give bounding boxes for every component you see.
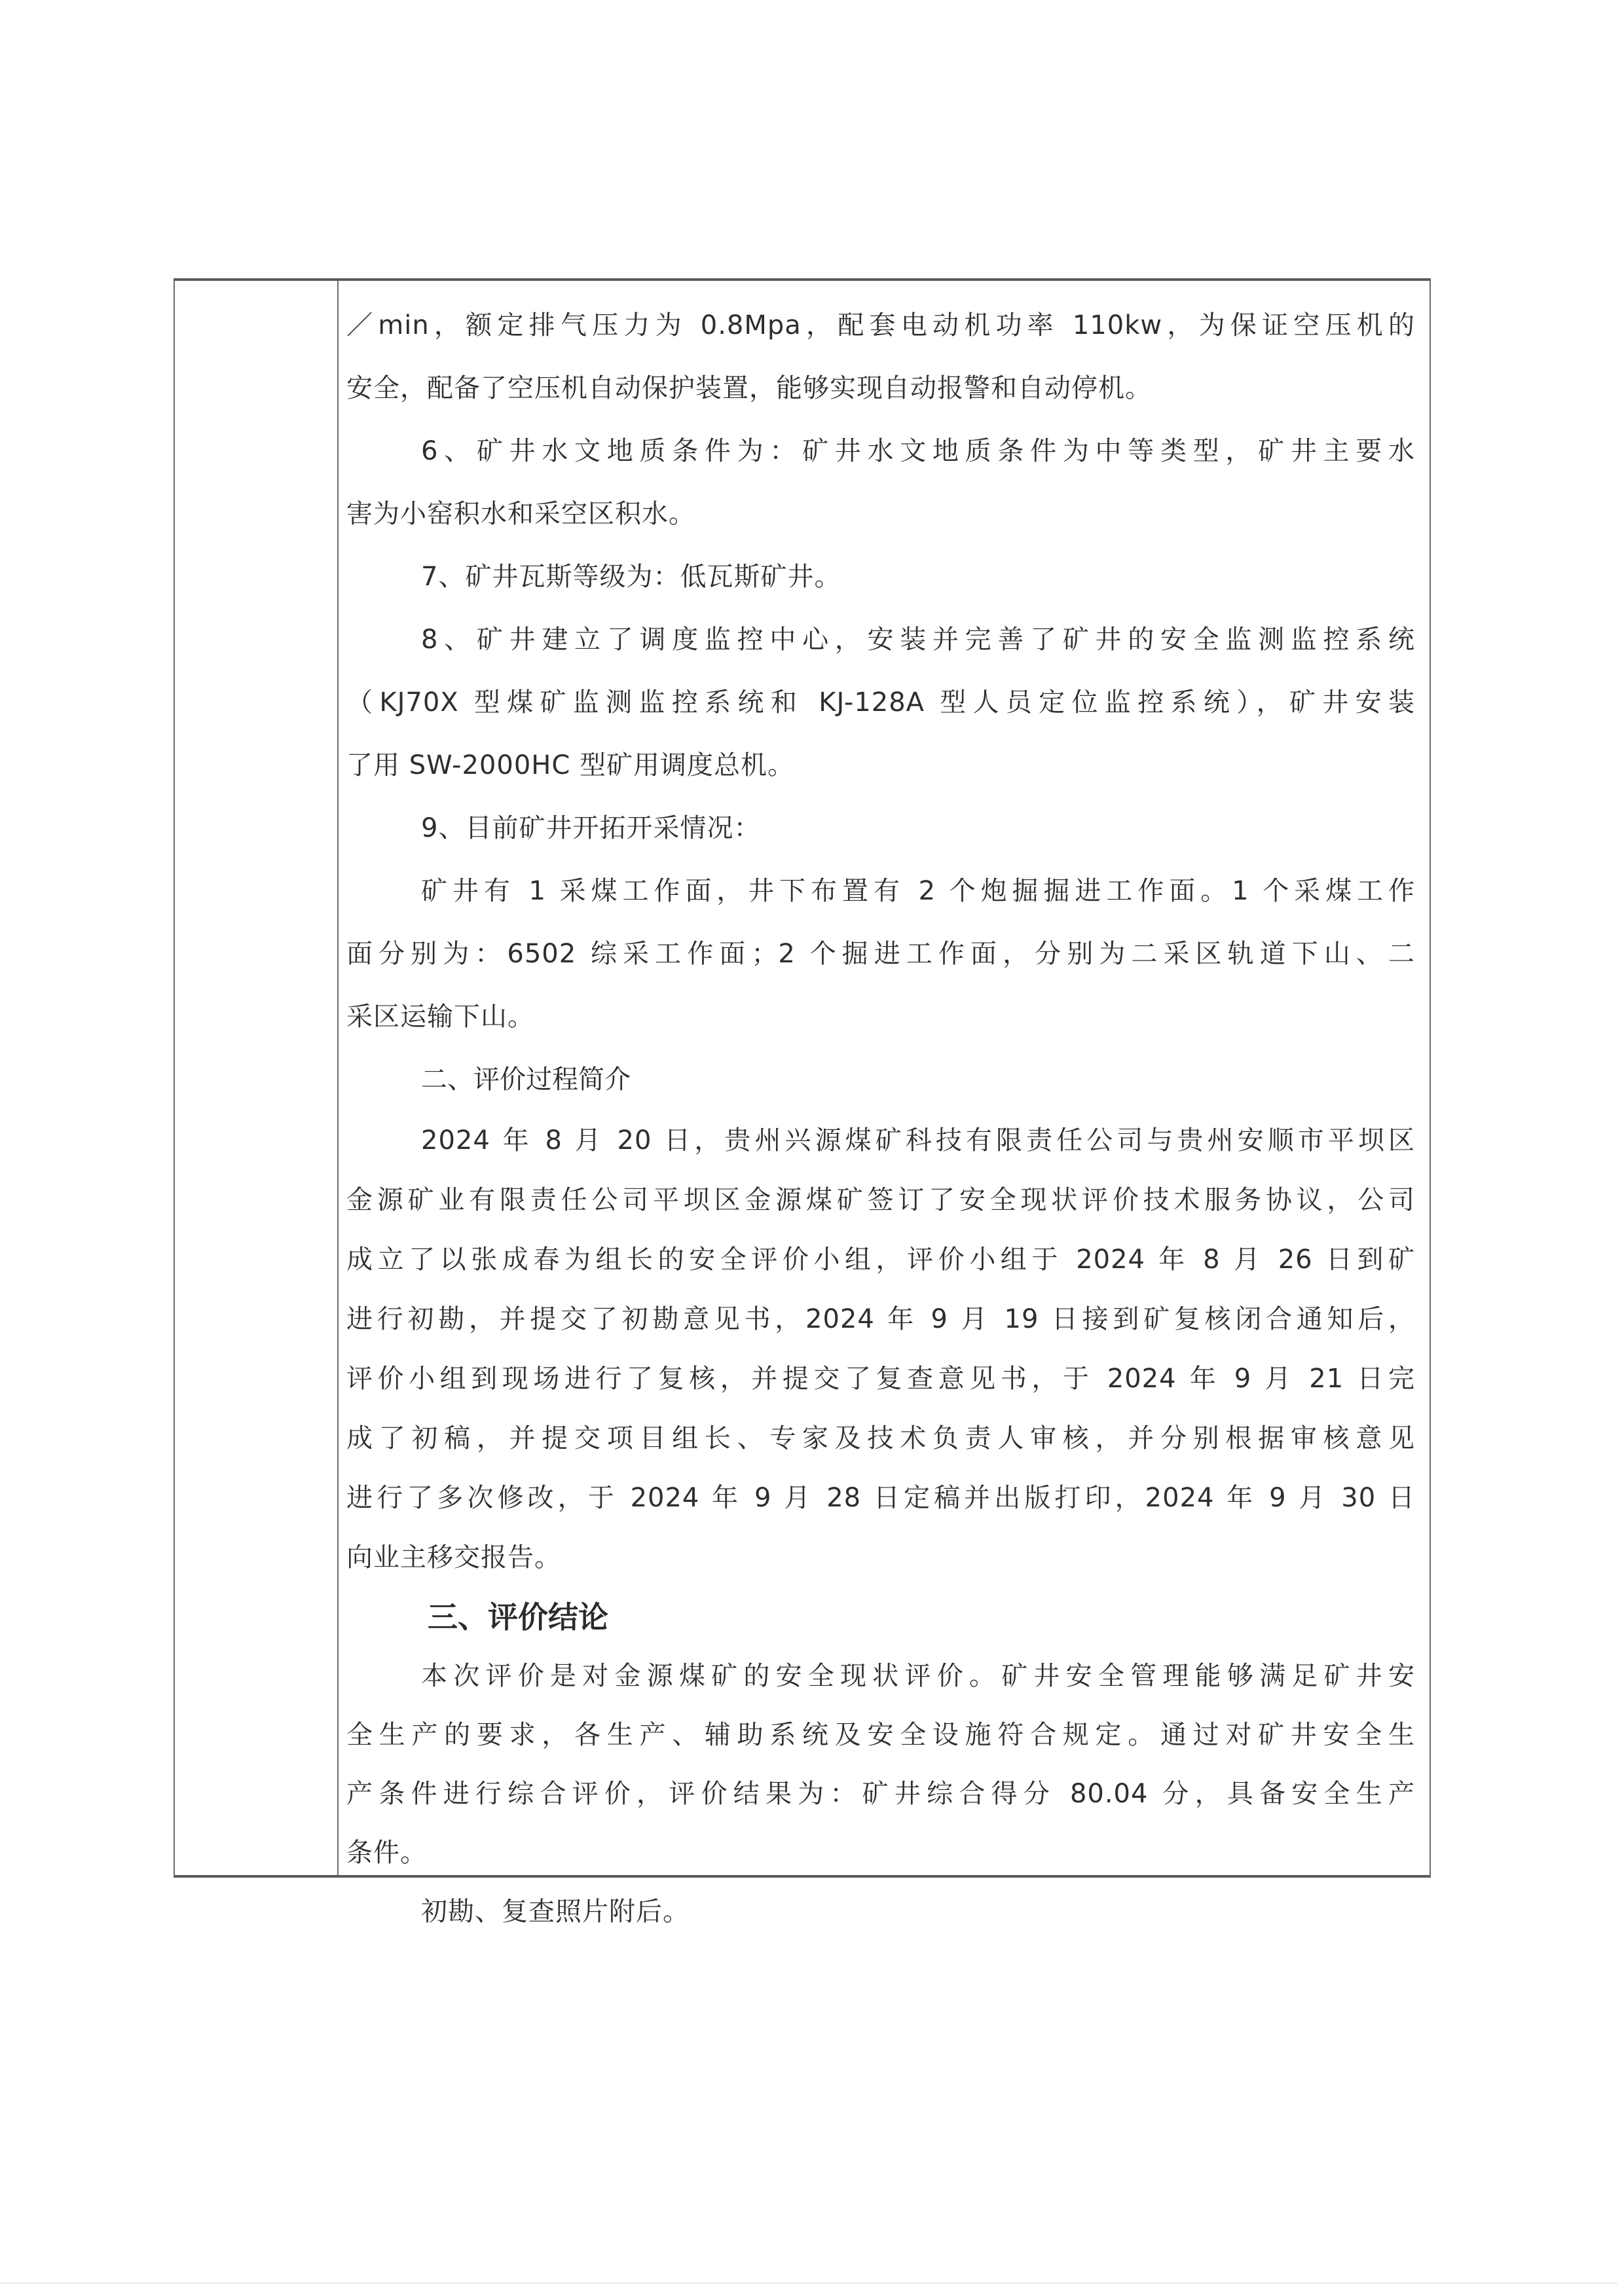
text-line: 初勘、复查照片附后。	[346, 1882, 1415, 1941]
text-line: 条件。	[346, 1823, 1415, 1882]
text-line: 安全，配备了空压机自动保护装置，能够实现自动报警和自动停机。	[346, 357, 1415, 420]
text-line: 成立了以张成春为组长的安全评价小组，评价小组于 2024 年 8 月 26 日到…	[346, 1230, 1415, 1290]
text-line: 本次评价是对金源煤矿的安全现状评价。矿井安全管理能够满足矿井安	[346, 1647, 1415, 1705]
paragraph-attachment-note: 初勘、复查照片附后。	[346, 1882, 1415, 1941]
text-line: 采区运输下山。	[346, 985, 1415, 1048]
text-line: 7、矿井瓦斯等级为：低瓦斯矿井。	[346, 545, 1415, 608]
text-line: 进行了多次修改，于 2024 年 9 月 28 日定稿并出版打印，2024 年 …	[346, 1468, 1415, 1528]
text-line: 产条件进行综合评价，评价结果为：矿井综合得分 80.04 分，具备安全生产	[346, 1764, 1415, 1823]
text-line: 了用 SW-2000HC 型矿用调度总机。	[346, 734, 1415, 797]
paragraph-hydrogeology: 6、矿井水文地质条件为：矿井水文地质条件为中等类型，矿井主要水 害为小窑积水和采…	[346, 420, 1415, 545]
section-heading-evaluation-conclusion: 三、评价结论	[346, 1588, 1415, 1647]
text-line: 评价小组到现场进行了复核，并提交了复查意见书，于 2024 年 9 月 21 日…	[346, 1349, 1415, 1409]
content-cell: ／min，额定排气压力为 0.8Mpa，配套电动机功率 110kw，为保证空压机…	[339, 281, 1430, 1875]
left-label-cell	[175, 281, 339, 1875]
text-line: 9、目前矿井开拓开采情况：	[346, 797, 1415, 860]
paragraph-air-compressor: ／min，额定排气压力为 0.8Mpa，配套电动机功率 110kw，为保证空压机…	[346, 294, 1415, 420]
scan-edge-line	[0, 2282, 1617, 2284]
text-line: （KJ70X 型煤矿监测监控系统和 KJ-128A 型人员定位监控系统），矿井安…	[346, 671, 1415, 734]
text-line: 害为小窑积水和采空区积水。	[346, 483, 1415, 545]
text-line: 金源矿业有限责任公司平坝区金源煤矿签订了安全现状评价技术服务协议，公司	[346, 1171, 1415, 1230]
text-line: ／min，额定排气压力为 0.8Mpa，配套电动机功率 110kw，为保证空压机…	[346, 294, 1415, 357]
paragraph-evaluation-process: 2024 年 8 月 20 日，贵州兴源煤矿科技有限责任公司与贵州安顺市平坝区 …	[346, 1111, 1415, 1588]
text-line: 面分别为：6502 综采工作面；2 个掘进工作面，分别为二采区轨道下山、二	[346, 922, 1415, 985]
paragraph-gas-level: 7、矿井瓦斯等级为：低瓦斯矿井。	[346, 545, 1415, 608]
text-line: 8、矿井建立了调度监控中心，安装并完善了矿井的安全监测监控系统	[346, 608, 1415, 671]
text-line: 2024 年 8 月 20 日，贵州兴源煤矿科技有限责任公司与贵州安顺市平坝区	[346, 1111, 1415, 1171]
report-table: ／min，额定排气压力为 0.8Mpa，配套电动机功率 110kw，为保证空压机…	[174, 278, 1431, 1878]
section-heading-evaluation-process: 二、评价过程简介	[346, 1048, 1415, 1111]
text-line: 全生产的要求，各生产、辅助系统及安全设施符合规定。通过对矿井安全生	[346, 1705, 1415, 1764]
paragraph-mining-status-body: 矿井有 1 采煤工作面，井下布置有 2 个炮掘掘进工作面。1 个采煤工作 面分别…	[346, 860, 1415, 1048]
text-line: 矿井有 1 采煤工作面，井下布置有 2 个炮掘掘进工作面。1 个采煤工作	[346, 860, 1415, 922]
paragraph-evaluation-conclusion: 本次评价是对金源煤矿的安全现状评价。矿井安全管理能够满足矿井安 全生产的要求，各…	[346, 1647, 1415, 1882]
text-line: 成了初稿，并提交项目组长、专家及技术负责人审核，并分别根据审核意见	[346, 1409, 1415, 1468]
text-line: 进行初勘，并提交了初勘意见书，2024 年 9 月 19 日接到矿复核闭合通知后…	[346, 1290, 1415, 1349]
paragraph-mining-status-title: 9、目前矿井开拓开采情况：	[346, 797, 1415, 860]
text-line: 向业主移交报告。	[346, 1528, 1415, 1588]
text-line: 6、矿井水文地质条件为：矿井水文地质条件为中等类型，矿井主要水	[346, 420, 1415, 483]
paragraph-monitoring-system: 8、矿井建立了调度监控中心，安装并完善了矿井的安全监测监控系统 （KJ70X 型…	[346, 608, 1415, 797]
